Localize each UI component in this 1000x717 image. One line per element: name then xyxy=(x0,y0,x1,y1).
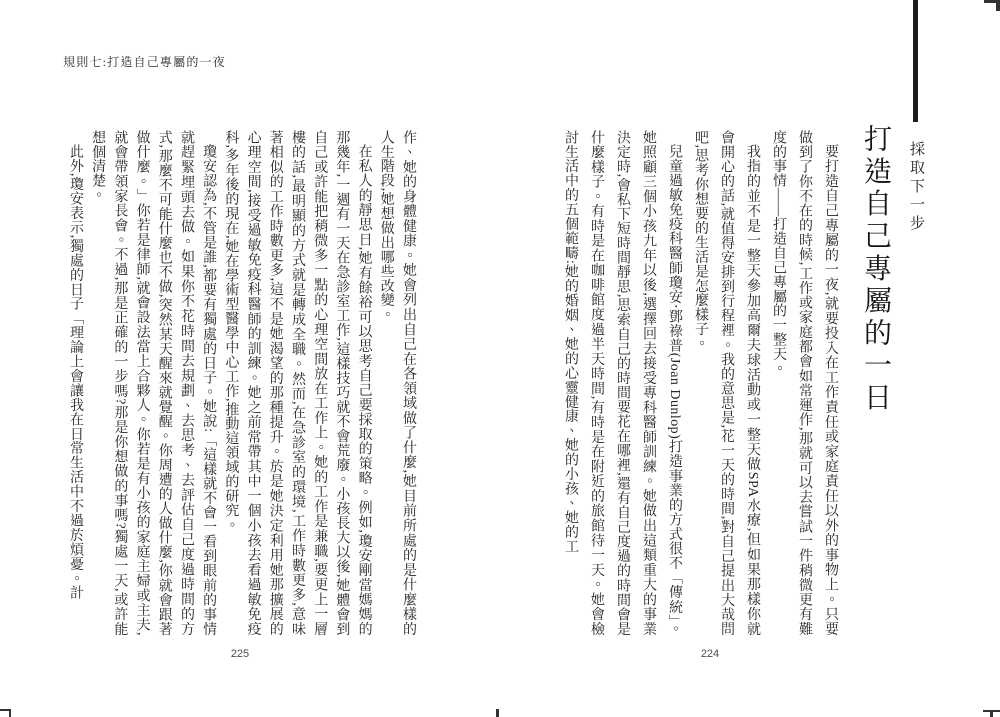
paragraph: 在私人的靜思日,她有餘裕可以思考自己要採取的策略。例如,瓊安剛當媽媽的那幾年,一… xyxy=(219,130,374,636)
corner-mark-top-right xyxy=(984,0,1000,11)
running-header: 規則七:打造自己專屬的一夜 xyxy=(63,53,226,70)
paragraph: 此外,瓊安表示,獨處的日子「理論上會讓我在日常生活中不過於煩憂。計 xyxy=(64,130,86,636)
corner-mark-bottom-left xyxy=(0,709,11,717)
page-left-body: 作、她的身體健康。她會列出自己在各領域做了什麼,她目前所處的是什麼樣的人生階段,… xyxy=(63,130,419,636)
section-kicker: 採取下一步 xyxy=(906,141,927,233)
page-right-body: 要打造自己專屬的一夜,就要投入在工作責任或家庭責任以外的事物上。只要做到了你不在… xyxy=(557,130,843,636)
corner-mark-bottom-right-tick xyxy=(990,710,993,717)
page-number-right: 224 xyxy=(688,648,732,660)
paragraph: 兒童過敏免疫科醫師瓊安‧鄧祿普(Joan Dunlop)打造事業的方式很不「傳統… xyxy=(557,130,687,636)
page-number-left: 225 xyxy=(218,648,262,660)
paragraph: 我指的並不是一整天參加高爾夫球活動或一整天做SPA水療,但如果那樣你就會開心的話… xyxy=(687,130,765,636)
paragraph: 瓊安認為,不管是誰,都要有獨處的日子。她說:「這樣就不會一看到眼前的事情就趕緊埋… xyxy=(86,130,219,636)
chapter-title: 打造自己專屬的一日 xyxy=(855,124,895,415)
paragraph: 要打造自己專屬的一夜,就要投入在工作責任或家庭責任以外的事物上。只要做到了你不在… xyxy=(765,130,843,636)
chapter-tab-bar xyxy=(913,0,918,122)
gutter-mark-bottom xyxy=(496,709,499,717)
book-spread: 規則七:打造自己專屬的一夜 作、她的身體健康。她會列出自己在各領域做了什麼,她目… xyxy=(0,0,1000,717)
paragraph: 作、她的身體健康。她會列出自己在各領域做了什麼,她目前所處的是什麼樣的人生階段,… xyxy=(375,130,419,636)
